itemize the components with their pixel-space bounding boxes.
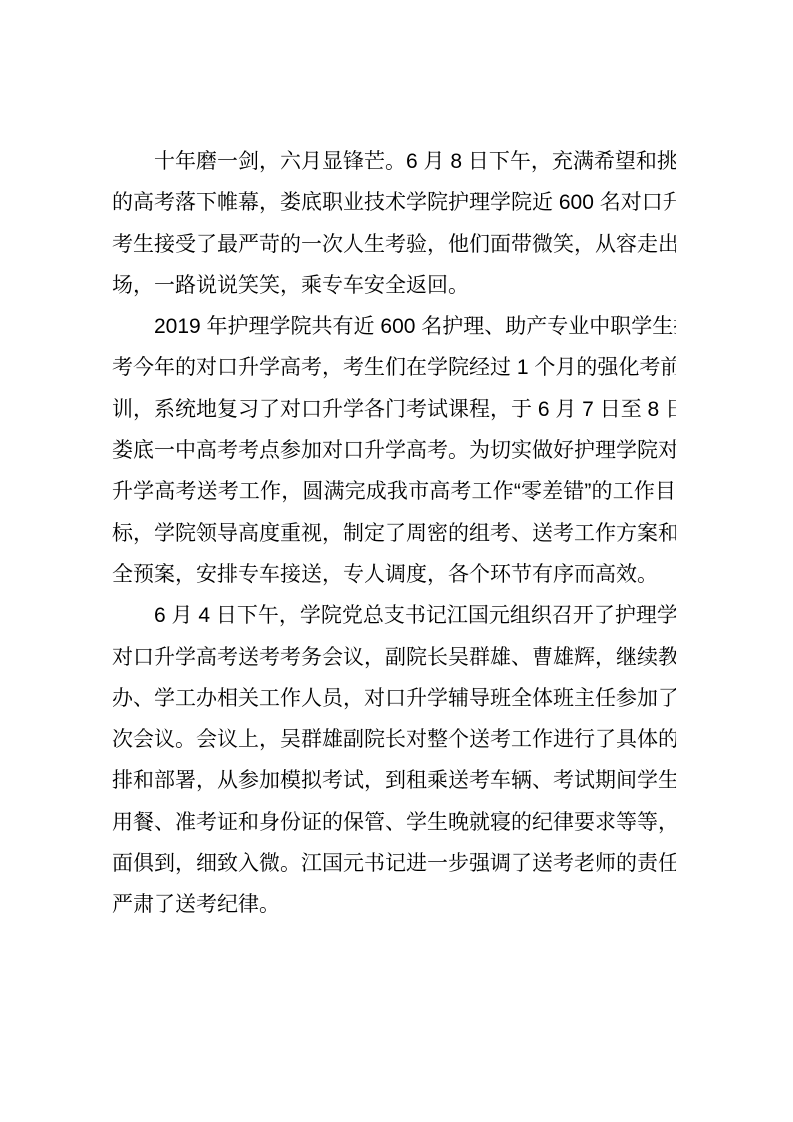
text-line: 严肃了送考纪律。 xyxy=(112,884,676,925)
document-body: 十年磨一剑，六月显锋芒。6 月 8 日下午，充满希望和挑战的高考落下帷幕，娄底职… xyxy=(112,141,676,926)
text-line: 对口升学高考送考考务会议，副院长吴群雄、曹雄辉，继续教育 xyxy=(112,637,676,678)
text-line: 用餐、准考证和身份证的保管、学生晚就寝的纪律要求等等，面 xyxy=(112,802,676,843)
text-line: 场，一路说说笑笑，乘专车安全返回。 xyxy=(112,265,676,306)
text-line: 全预案，安排专车接送，专人调度，各个环节有序而高效。 xyxy=(112,554,676,595)
text-line: 训，系统地复习了对口升学各门考试课程，于 6 月 7 日至 8 日在 xyxy=(112,389,676,430)
paragraph: 十年磨一剑，六月显锋芒。6 月 8 日下午，充满希望和挑战的高考落下帷幕，娄底职… xyxy=(112,141,676,306)
paragraph: 6 月 4 日下午，学院党总支书记江国元组织召开了护理学院对口升学高考送考考务会… xyxy=(112,595,676,925)
text-line: 办、学工办相关工作人员，对口升学辅导班全体班主任参加了此 xyxy=(112,678,676,719)
text-line: 升学高考送考工作，圆满完成我市高考工作“零差错”的工作目 xyxy=(112,471,676,512)
document-page: 十年磨一剑，六月显锋芒。6 月 8 日下午，充满希望和挑战的高考落下帷幕，娄底职… xyxy=(0,0,793,1122)
text-line: 面俱到，细致入微。江国元书记进一步强调了送考老师的责任， xyxy=(112,843,676,884)
paragraph: 2019 年护理学院共有近 600 名护理、助产专业中职学生报考今年的对口升学高… xyxy=(112,306,676,595)
text-line: 娄底一中高考考点参加对口升学高考。为切实做好护理学院对口 xyxy=(112,430,676,471)
text-line: 十年磨一剑，六月显锋芒。6 月 8 日下午，充满希望和挑战 xyxy=(112,141,676,182)
text-line: 的高考落下帷幕，娄底职业技术学院护理学院近 600 名对口升学 xyxy=(112,182,676,223)
text-line: 排和部署，从参加模拟考试，到租乘送考车辆、考试期间学生的 xyxy=(112,760,676,801)
text-line: 2019 年护理学院共有近 600 名护理、助产专业中职学生报 xyxy=(112,306,676,347)
text-line: 6 月 4 日下午，学院党总支书记江国元组织召开了护理学院 xyxy=(112,595,676,636)
text-line: 标，学院领导高度重视，制定了周密的组考、送考工作方案和安 xyxy=(112,513,676,554)
text-line: 次会议。会议上，吴群雄副院长对整个送考工作进行了具体的安 xyxy=(112,719,676,760)
text-line: 考生接受了最严苛的一次人生考验，他们面带微笑，从容走出考 xyxy=(112,224,676,265)
text-line: 考今年的对口升学高考，考生们在学院经过 1 个月的强化考前集 xyxy=(112,347,676,388)
